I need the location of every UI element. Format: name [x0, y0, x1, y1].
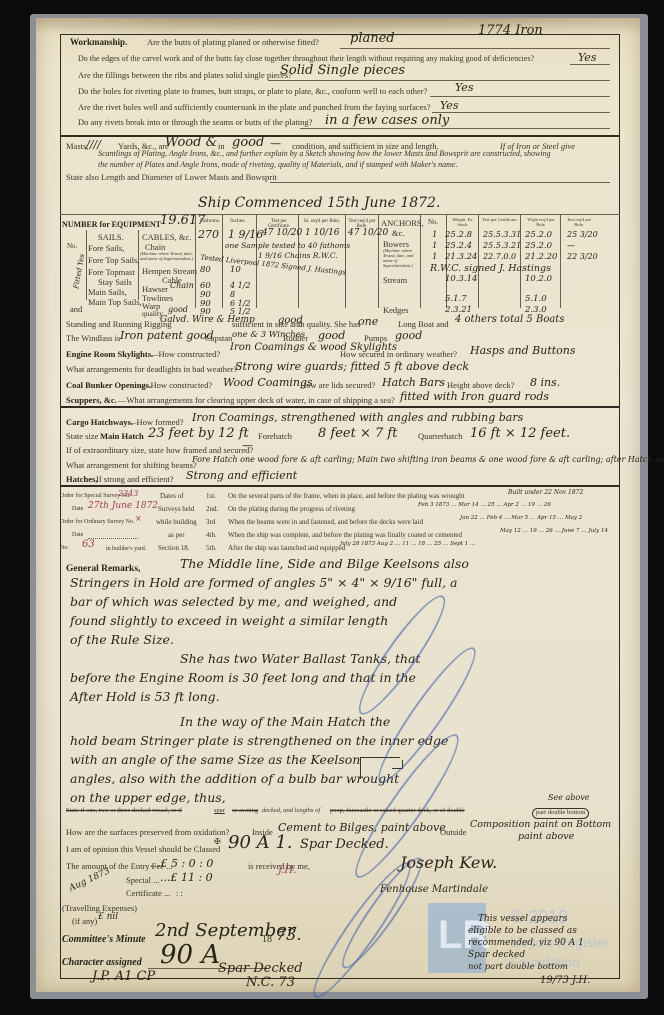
date-line — [88, 538, 138, 539]
sail-5: Main Sails, — [88, 288, 127, 297]
chain-test-cert: 47 10/20 — [262, 229, 302, 238]
reference-number: 1774 Iron — [478, 24, 543, 37]
anchor-col-req: W'ght req'd per Rule. — [523, 218, 559, 227]
decked-note-top: See above — [548, 794, 589, 802]
inches-2: 4 1/2 — [230, 282, 251, 290]
col-divider — [138, 230, 139, 300]
committee-bottom-3: N.C. 73 — [246, 976, 295, 989]
cargo-label: Cargo Hatchways. — [66, 418, 133, 427]
rigging-val3: one — [358, 316, 378, 327]
workmanship-q3: Are the fillings between the ribs and pl… — [78, 71, 292, 80]
equipment-label: NUMBER for EQUIPMENT — [62, 221, 161, 229]
maltese-cross-icon: ✠ — [214, 838, 221, 846]
decked-note-bottom: part double bottom — [532, 808, 589, 819]
anchor-col-no: No. — [428, 219, 438, 226]
rigging-label4: Long Boat and — [398, 320, 449, 329]
remark-line: hold beam Stringer plate is strengthened… — [70, 731, 610, 750]
stream-label: Stream — [383, 276, 407, 285]
decked-struck2: or awning — [232, 808, 258, 815]
stage-1-dates: Built under 22 Nov 1872 — [508, 490, 583, 496]
anchor-2-req: 25.2.0 — [525, 242, 552, 251]
yard-label: in builder's yard. — [106, 546, 146, 552]
remark-line: angles, also with the addition of a bulb… — [70, 769, 610, 788]
yard-no-val: 63 — [82, 540, 95, 550]
dates-title-1: Dates of — [160, 493, 184, 500]
remark-line: bar of which was selected by me, and wei… — [70, 592, 610, 611]
remark-line: with an angle of the same Size as the Ke… — [70, 750, 610, 769]
anchor-2-test: 25.5.3.21 — [483, 242, 521, 250]
col-divider — [345, 214, 346, 308]
answer-line — [430, 96, 610, 97]
anchor-3-weight: 21.3.24 — [445, 253, 477, 262]
col-in-req: In. req'd per Rule. — [302, 219, 342, 224]
decked-struck: State if one, two or three decked vessel… — [66, 808, 182, 815]
special-survey-no: 2343 — [118, 490, 138, 498]
workmanship-q1: Are the butts of plating planed or other… — [147, 38, 319, 47]
scuppers-q: —What arrangements for clearing upper de… — [118, 396, 395, 405]
workmanship-q2: Do the edges of the carvel work and of t… — [78, 55, 534, 63]
anchor-1-no: 1 — [432, 231, 437, 240]
side-note-3: recommended, viz 90 A 1 — [468, 939, 584, 948]
certificate-val: : : — [176, 889, 183, 898]
chain-in-req: 1 10/16 — [305, 229, 340, 238]
cable-quality-val: good — [168, 306, 188, 314]
yard-no-label: No. — [60, 545, 69, 551]
equipment-number: 19.617 — [160, 214, 206, 227]
dates-title-5: Section 18. — [158, 545, 190, 552]
side-note-5: not part double bottom — [468, 963, 568, 972]
table-top-rule — [60, 214, 620, 215]
sails-label: SAILS. — [98, 233, 124, 242]
stage-2-n: 2nd. — [206, 506, 218, 513]
masts-length-label: State also Length and Diameter of Lower … — [66, 173, 277, 182]
remark-line: In the way of the Main Hatch the — [70, 712, 610, 731]
travel-val: £ nil — [98, 913, 118, 922]
col-divider — [86, 230, 87, 300]
workmanship-a5: Yes — [440, 100, 458, 111]
cables-label: CABLES, &c. — [142, 233, 191, 242]
workmanship-q5: Are the rivet holes well and sufficientl… — [78, 103, 430, 112]
side-note-signature: 19/73 J.H. — [540, 976, 590, 986]
remark-line: before the Engine Room is 30 feet long a… — [70, 668, 610, 687]
col-divider — [520, 214, 521, 308]
kedge-1-req: 5.1.0 — [525, 295, 547, 304]
stage-3-text: When the beams were in and fastened, and… — [228, 519, 423, 526]
outside-val2: paint above — [518, 832, 574, 842]
scuppers-a: fitted with Iron guard rods — [400, 391, 549, 402]
sail-1: Fore Sails, — [88, 244, 124, 253]
capstan-label: Capstan — [205, 334, 232, 343]
stage-2-text: On the plating during the progress of ri… — [228, 506, 355, 513]
col-divider — [420, 214, 421, 308]
sail-6: Main Top Sails, — [88, 298, 142, 307]
answer-line — [300, 128, 610, 129]
chain-note2: 1 9/16 Chains R.W.C. — [258, 252, 338, 260]
main-hatch-label: Main Hatch — [100, 432, 144, 441]
answer-line — [432, 112, 610, 113]
committee-minute-label: Committee's Minute — [62, 935, 146, 945]
col-divider — [195, 214, 196, 308]
decked-spar: spar — [214, 808, 225, 815]
anchor-col-test-req: Test req'd per Rule. — [563, 218, 595, 227]
remark-line: found slightly to exceed in weight a sim… — [70, 611, 610, 630]
section-divider — [60, 485, 620, 487]
answer-line — [570, 64, 610, 65]
decked-struck3: poop, forecastle or raised quarter deck,… — [330, 808, 465, 815]
special-fee-label: Special ... — [126, 876, 160, 885]
anchors-sub: &c. — [392, 229, 405, 238]
answer-line — [270, 182, 610, 183]
anchor-1-test: 25.5.3.31 — [483, 231, 521, 239]
skylights-a2: Hasps and Buttons — [470, 345, 576, 356]
stage-4-text: When the ship was complete, and before t… — [228, 532, 462, 539]
anchor-2-test-req: — — [567, 242, 575, 250]
scuppers-label: Scuppers, &c. — [66, 396, 117, 405]
quarterhatch-label: Quarterhatch — [418, 432, 462, 441]
anchor-3-no: 1 — [432, 253, 437, 262]
dates-title-4: as per — [168, 532, 185, 539]
workmanship-a3: Solid Single pieces — [280, 64, 405, 77]
hatches-label: Hatches, — [66, 475, 97, 484]
side-note-1: This vessel appears — [478, 915, 567, 924]
stage-5-text: After the ship was launched and equipped — [228, 545, 345, 552]
stage-3-n: 3rd — [206, 519, 215, 526]
anchor-3-test-req: 22 3/20 — [567, 253, 598, 261]
remark-line: Stringers in Hold are formed of angles 5… — [70, 573, 610, 592]
inches-1: 10 — [230, 266, 241, 275]
col-fathoms: Fathoms. — [200, 219, 220, 225]
sail-and: and — [70, 305, 82, 314]
rudder-val: good — [318, 330, 345, 341]
committee-year: 73. — [276, 927, 301, 943]
committee-minute-val: 2nd September — [155, 922, 296, 940]
dates-title-3: while building — [156, 519, 197, 526]
character-val: 90 A — [160, 942, 220, 968]
masts-note3: the number of Plates and Angle Irons, mo… — [98, 161, 457, 169]
dates-title-2: Surveys held — [158, 506, 194, 513]
anchor-2-weight: 25.2.4 — [445, 242, 472, 251]
outside-val: Composition paint on Bottom — [470, 820, 611, 830]
section-divider — [60, 406, 620, 408]
chain-note1: one Sample tested to 40 fathoms — [225, 242, 350, 250]
workmanship-a1: planed — [350, 32, 395, 45]
forehatch-label: Forehatch — [258, 432, 292, 441]
coal-a2: Hatch Bars — [382, 377, 445, 388]
stage-5-dates: July 28 1873 Aug 2 … 11 … 18 … 25 … Sept… — [340, 542, 475, 548]
rigging-val4: 4 others total 5 Boats — [455, 315, 564, 325]
character-label: Character assigned — [62, 958, 142, 968]
anchor-col-weight: Weight. Ex. Stock. — [449, 218, 477, 227]
skylights-q2: How secured in ordinary weather? — [340, 350, 457, 359]
ship-commenced-note: Ship Commenced 15th June 1872. — [198, 196, 440, 210]
extra-size-a: — — [242, 440, 253, 451]
sail-3: Fore Topmast — [88, 268, 135, 277]
main-hatch-val: 23 feet by 12 ft — [148, 427, 249, 440]
survey-date2-label: Date — [72, 532, 83, 538]
workmanship-a6: in a few cases only — [325, 114, 449, 127]
remark-line: The Middle line, Side and Bilge Keelsons… — [70, 554, 610, 573]
committee-year-prefix: 18 — [262, 935, 272, 945]
anchor-1-weight: 25.2.8 — [445, 231, 472, 240]
committee-bottom-1: J.P. A1 CP — [92, 970, 155, 983]
remark-line: She has two Water Ballast Tanks, that — [70, 649, 610, 668]
coal-q3: Height above deck? — [447, 381, 515, 390]
stream-req: 10.2.0 — [525, 275, 552, 284]
outside-label: Outside — [440, 828, 466, 837]
skylights-label: Engine Room Skylights. — [66, 350, 153, 359]
remark-line: of the Rule Size. — [70, 630, 610, 649]
beams-q: What arrangement for shifting beams? — [66, 461, 197, 470]
stage-5-n: 5th. — [206, 545, 217, 552]
classification-value: 90 A 1. — [228, 834, 293, 852]
kedges-label: Kedges — [383, 306, 409, 315]
ordinary-survey-label: Order for Ordinary Survey No. — [60, 519, 134, 525]
certificate-label: Certificate ... — [126, 889, 170, 898]
cargo-size-label: State size — [66, 432, 98, 441]
cargo-a: Iron Coamings, strengthened with angles … — [192, 412, 523, 423]
coal-q2: How are lids secured? — [300, 381, 375, 390]
rigging-label3: in quality. She has — [298, 320, 360, 329]
coal-q1: —How constructed? — [142, 381, 212, 390]
stage-2-dates: Feb 3 1873 … Mar 14 … 25 … Apr 2 … 19 … … — [418, 503, 551, 509]
beams-a: Fore Hatch one wood fore & aft carling; … — [192, 456, 664, 464]
committee-bottom-2: Spar Decked — [218, 962, 303, 975]
oxidation-q: How are the surfaces preserved from oxid… — [66, 828, 229, 837]
remark-line: After Hold is 53 ft long. — [70, 687, 610, 706]
port-signature: Fenhouse Martindale — [380, 885, 488, 895]
stage-4-dates: May 12 … 19 … 26 … June 7 … July 14 — [500, 529, 608, 535]
col-inches: Inches. — [230, 219, 246, 225]
extra-size-q: If of extraordinary size, state how fram… — [66, 446, 253, 455]
bulb-bar-sketch-vertical — [360, 757, 361, 779]
anchor-3-req: 21.2.20 — [525, 253, 557, 262]
general-remarks: The Middle line, Side and Bilge Keelsons… — [70, 554, 610, 807]
survey-date-val: 27th June 1872 — [88, 502, 158, 511]
anchors-note: (Machine where Tested, date, and name of… — [383, 249, 419, 269]
sails-no: No. — [67, 243, 77, 250]
windlass-label: The Windlass is — [66, 334, 120, 343]
side-note-2: eligible to be classed as — [468, 927, 577, 936]
anchor-signature: R.W.C. signed J. Hastings — [430, 264, 551, 274]
anchor-2-no: 1 — [432, 242, 437, 251]
stage-4-n: 4th. — [206, 532, 217, 539]
fathoms-1: 80 — [200, 266, 211, 275]
quarterhatch-val: 16 ft × 12 feet. — [470, 427, 570, 440]
anchor-col-test: Test per Certificate. — [482, 218, 518, 223]
fee-initials: J.H. — [278, 866, 296, 876]
skylights-q1: —How constructed? — [150, 350, 220, 359]
ordinary-survey-val: × — [135, 515, 142, 523]
workmanship-a4: Yes — [455, 82, 473, 93]
forehatch-val: 8 feet × 7 ft — [318, 427, 397, 440]
answer-line — [268, 80, 610, 81]
special-fee-val: ...£ 11 : 0 — [160, 872, 213, 883]
remark-line: on the upper edge, thus, — [70, 788, 610, 807]
rigging-label1: Standing and Running Rigging — [66, 320, 172, 329]
col-divider — [560, 214, 561, 308]
masts-material: Wood & — [165, 136, 217, 149]
stage-1-text: On the several parts of the frame, when … — [228, 493, 465, 500]
kedge-1-weight: 5.1.7 — [445, 295, 467, 304]
entry-fee-val: ...£ 5 : 0 : 0 — [150, 858, 213, 869]
answer-line — [340, 48, 610, 49]
pumps-val: good — [395, 330, 422, 341]
workmanship-q4: Do the holes for riveting plate to frame… — [78, 87, 427, 96]
side-note-4: Spar decked — [468, 951, 525, 960]
workmanship-label: Workmanship. — [70, 38, 127, 47]
coal-a3: 8 ins. — [530, 377, 560, 388]
anchor-1-test-req: 25 3/20 — [567, 231, 598, 239]
surveyor-signature: Joseph Kew. — [400, 855, 497, 871]
survey-date-label: Date — [72, 506, 83, 512]
workmanship-a2: Yes — [578, 52, 596, 63]
chain-fathoms: 270 — [198, 229, 219, 240]
stage-1-n: 1st. — [206, 493, 216, 500]
travel-if: (if any) — [72, 917, 97, 926]
col-divider — [478, 214, 479, 308]
stream-weight: 10.3.14 — [445, 275, 477, 284]
workmanship-q6: Do any rivets break into or through the … — [78, 118, 312, 127]
masts-condition: good — [232, 136, 264, 149]
hawser-type: Chain — [170, 282, 194, 290]
anchor-3-test: 22.7.0.0 — [483, 253, 516, 261]
masts-dash: — — [270, 138, 281, 149]
hatches-a: Strong and efficient — [186, 470, 297, 481]
windlass-val: Iron patent good — [120, 330, 214, 341]
classification-label: I am of opinion this Vessel should be Cl… — [66, 845, 220, 854]
inches-3: 8 — [230, 291, 235, 299]
cables-note: (Machine where Tested, date, and name of… — [140, 252, 194, 262]
skylights-q3: What arrangements for deadlights in bad … — [66, 365, 237, 374]
hatches-q: If strong and efficient? — [96, 475, 174, 484]
sail-2: Fore Top Sails, — [88, 256, 139, 265]
stage-3-dates: Jan 22 … Feb 4 … Mar 5 … Apr 15 … May 2 — [460, 516, 582, 522]
sail-4: Stay Sails — [98, 278, 132, 287]
section-divider — [60, 135, 620, 137]
anchors-label: ANCHORS, — [381, 219, 424, 228]
inside-val: Cement to Bilges, paint above — [278, 822, 446, 833]
classification-note: Spar Decked. — [300, 838, 389, 851]
anchor-1-req: 25.2.0 — [525, 231, 552, 240]
skylights-a3: Strong wire guards; fitted 5 ft above de… — [235, 361, 469, 372]
chain-test-req: 47 10/20 — [348, 229, 388, 238]
coal-label: Coal Bunker Openings. — [66, 381, 151, 390]
masts-note2: Scantlings of Plating, Angle Irons, &c.,… — [98, 150, 551, 158]
chain-inches: 1 9/16 — [228, 229, 263, 240]
decked-label: decked, and lengths of — [262, 808, 320, 815]
